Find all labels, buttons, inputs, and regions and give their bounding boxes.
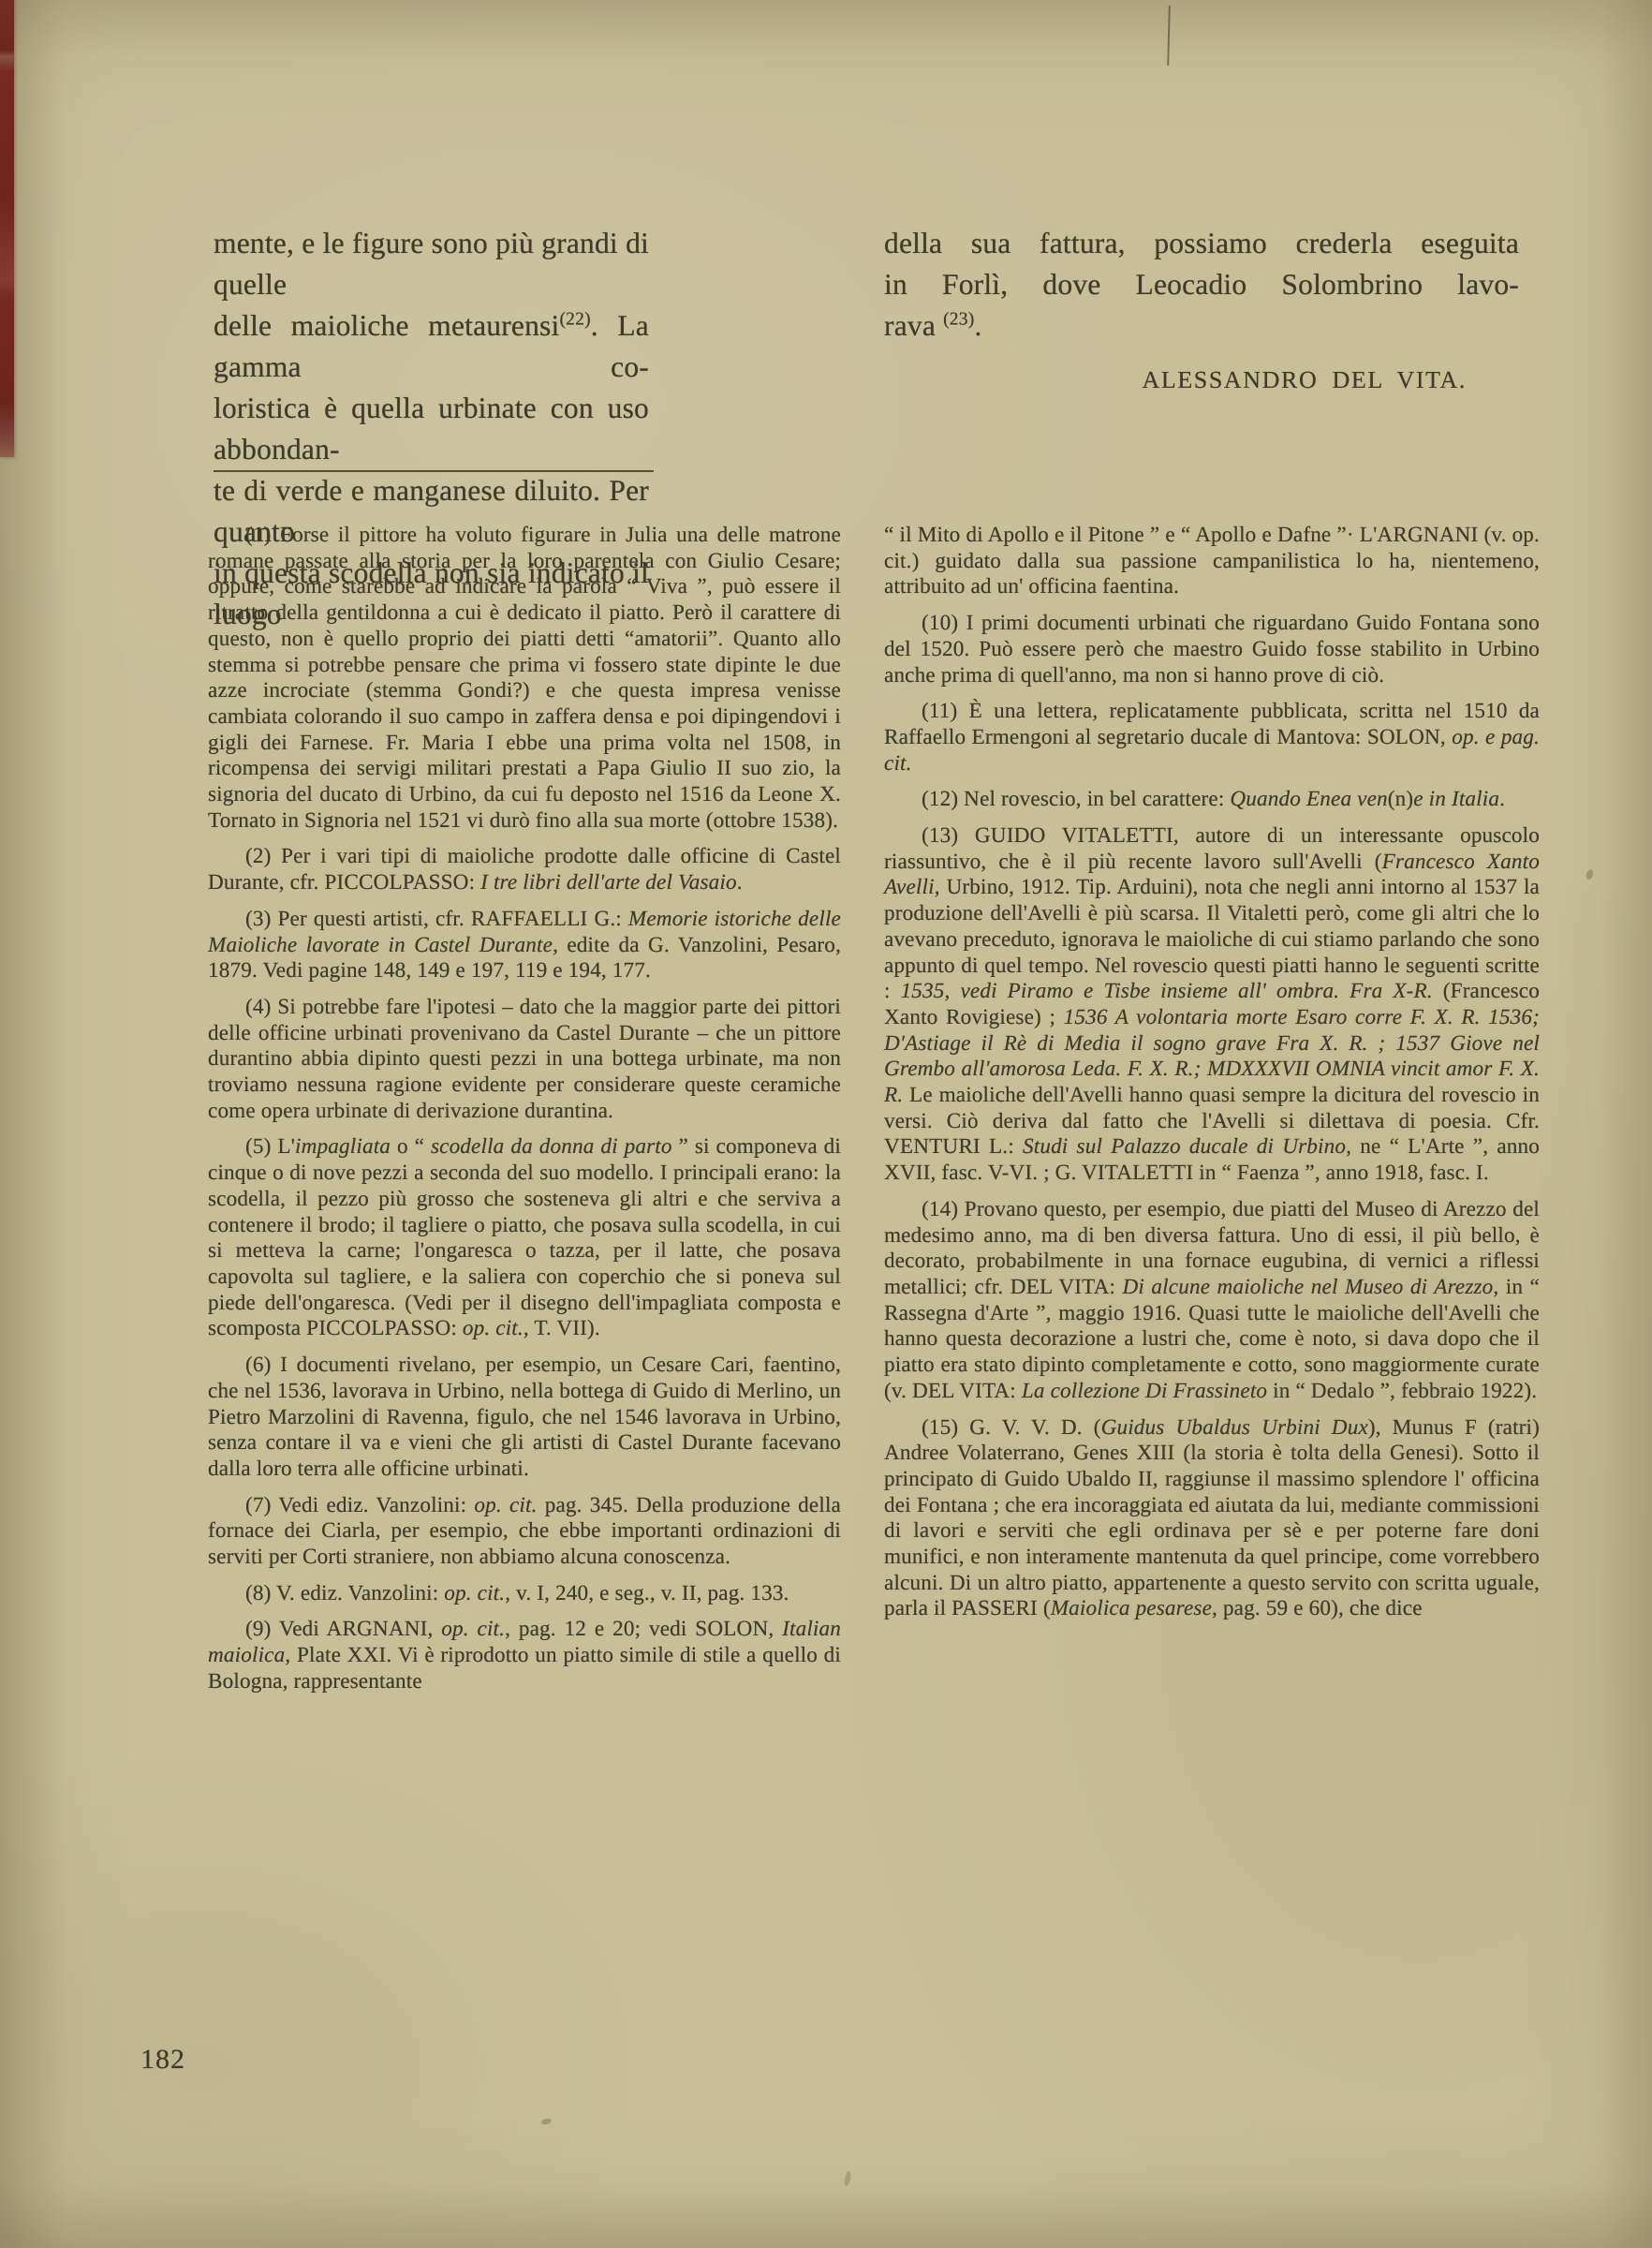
text-run: (n) bbox=[1388, 787, 1414, 811]
text-run: 1535, vedi Piramo e Tisbe insieme all' o… bbox=[901, 979, 1433, 1003]
text-line: mente, e le figure sono più grandi di qu… bbox=[214, 223, 649, 305]
text-run: Quando Enea ven bbox=[1230, 787, 1387, 811]
footnote-paragraph: (1) Forse il pittore ha voluto figurare … bbox=[208, 523, 841, 834]
text-run: I tre libri dell'arte del Vasaio bbox=[480, 870, 737, 895]
main-text-right-column: della sua fattura, possiamo crederla ese… bbox=[884, 223, 1519, 401]
main-text-right-lines: della sua fattura, possiamo crederla ese… bbox=[884, 223, 1519, 347]
scan-artifact-line bbox=[1167, 6, 1171, 66]
text-run: loristica è quella urbinate con uso abbo… bbox=[214, 392, 649, 466]
text-run: in “ Dedalo ”, febbraio 1922). bbox=[1267, 1379, 1537, 1403]
text-run: in Forlì, dove Leocadio Solombrino lavo- bbox=[884, 268, 1519, 301]
paper-speck bbox=[541, 2118, 553, 2125]
footnote-paragraph: (12) Nel rovescio, in bel carattere: Qua… bbox=[884, 787, 1540, 813]
footnote-paragraph: (4) Si potrebbe fare l'ipotesi – dato ch… bbox=[208, 995, 841, 1125]
text-run: Di alcune maioliche nel Museo di Arezzo bbox=[1123, 1275, 1494, 1299]
paper-speck bbox=[1585, 868, 1594, 880]
text-run: (8) V. ediz. Vanzolini: bbox=[245, 1581, 444, 1605]
footnote-paragraph: (14) Provano questo, per esempio, due pi… bbox=[884, 1197, 1540, 1405]
footnotes-left-column: (1) Forse il pittore ha voluto figurare … bbox=[208, 523, 841, 1706]
text-run: della sua fattura, possiamo crederla ese… bbox=[884, 227, 1519, 259]
footnote-paragraph: (11) È una lettera, replicatamente pubbl… bbox=[884, 699, 1540, 776]
text-run: (11) È una lettera, replicatamente pubbl… bbox=[884, 699, 1540, 749]
text-run: scodella da donna di parto bbox=[431, 1134, 672, 1159]
text-run: ” si componeva di cinque o di nove pezzi… bbox=[208, 1134, 841, 1340]
text-run: , v. I, 240, e seg., v. II, pag. 133. bbox=[505, 1581, 789, 1605]
text-run: o “ bbox=[391, 1134, 431, 1159]
text-run: Maiolica pesarese bbox=[1051, 1596, 1212, 1620]
footnote-paragraph: (9) Vedi ARGNANI, op. cit., pag. 12 e 20… bbox=[208, 1617, 841, 1694]
page-number: 182 bbox=[140, 2044, 185, 2076]
text-run: (4) Si potrebbe fare l'ipotesi – dato ch… bbox=[208, 995, 841, 1123]
text-line: in Forlì, dove Leocadio Solombrino lavo- bbox=[884, 264, 1519, 305]
text-run: (9) Vedi ARGNANI, bbox=[245, 1617, 441, 1641]
text-run: La collezione Di Frassineto bbox=[1022, 1379, 1267, 1403]
footnote-reference: (22) bbox=[559, 310, 590, 330]
text-run: op. cit. bbox=[444, 1581, 505, 1605]
text-line: delle maioliche metaurensi(22). La gamma… bbox=[214, 305, 649, 388]
text-run: Studi sul Palazzo ducale di Urbino bbox=[1023, 1134, 1346, 1159]
text-line: loristica è quella urbinate con uso abbo… bbox=[214, 388, 649, 470]
footnote-paragraph: (6) I documenti rivelano, per esempio, u… bbox=[208, 1353, 841, 1483]
paper-speck bbox=[843, 2171, 851, 2187]
footnote-paragraph: (15) G. V. V. D. (Guidus Ubaldus Urbini … bbox=[884, 1415, 1540, 1623]
footnote-paragraph: (7) Vedi ediz. Vanzolini: op. cit. pag. … bbox=[208, 1493, 841, 1571]
text-run: (5) L' bbox=[245, 1134, 295, 1159]
text-run: (12) Nel rovescio, in bel carattere: bbox=[922, 787, 1230, 811]
text-run: . bbox=[1499, 787, 1505, 811]
footnote-reference: (23) bbox=[943, 310, 974, 330]
text-run: (7) Vedi ediz. Vanzolini: bbox=[245, 1493, 474, 1517]
footnote-separator-rule bbox=[214, 470, 654, 472]
footnote-paragraph: (5) L'impagliata o “ scodella da donna d… bbox=[208, 1134, 841, 1342]
text-run: delle maioliche metaurensi bbox=[214, 309, 559, 342]
text-run: e in Italia bbox=[1413, 787, 1499, 811]
text-line: rava (23). bbox=[884, 305, 1519, 347]
footnotes-right-column: “ il Mito di Apollo e il Pitone ” e “ Ap… bbox=[884, 523, 1540, 1633]
author-signature: ALESSANDRO DEL VITA. bbox=[884, 360, 1519, 401]
text-run: , Plate XXI. Vi è riprodotto un piatto s… bbox=[208, 1643, 841, 1693]
footnote-paragraph: (2) Per i vari tipi di maioliche prodott… bbox=[208, 844, 841, 895]
footnote-paragraph: (10) I primi documenti urbinati che rigu… bbox=[884, 611, 1540, 688]
red-binding-edge-strip bbox=[0, 0, 14, 457]
text-run: op. cit. bbox=[441, 1617, 505, 1641]
text-run: (10) I primi documenti urbinati che rigu… bbox=[884, 611, 1540, 687]
footnote-paragraph: (3) Per questi artisti, cfr. RAFFAELLI G… bbox=[208, 907, 841, 984]
text-run: (6) I documenti rivelano, per esempio, u… bbox=[208, 1353, 841, 1481]
text-run: op. cit. bbox=[474, 1493, 537, 1517]
text-run: ), Munus F (ratri) Andree Volaterrano, G… bbox=[884, 1415, 1540, 1621]
text-run: , pag. 59 e 60), che dice bbox=[1212, 1596, 1423, 1620]
text-run: mente, e le figure sono più grandi di qu… bbox=[214, 227, 649, 301]
text-line: della sua fattura, possiamo crederla ese… bbox=[884, 223, 1519, 264]
text-run: rava bbox=[884, 309, 943, 342]
text-run: op. cit. bbox=[463, 1316, 524, 1340]
text-run: impagliata bbox=[295, 1134, 391, 1159]
text-run: , T. VII). bbox=[524, 1316, 600, 1340]
text-run: (15) G. V. V. D. ( bbox=[922, 1415, 1101, 1440]
text-run: (3) Per questi artisti, cfr. RAFFAELLI G… bbox=[245, 907, 628, 931]
footnote-paragraph: (13) GUIDO VITALETTI, autore di un inter… bbox=[884, 823, 1540, 1187]
text-run: Guidus Ubaldus Urbini Dux bbox=[1101, 1415, 1368, 1440]
footnote-paragraph: “ il Mito di Apollo e il Pitone ” e “ Ap… bbox=[884, 523, 1540, 600]
footnote-paragraph: (8) V. ediz. Vanzolini: op. cit., v. I, … bbox=[208, 1581, 841, 1607]
text-run: (1) Forse il pittore ha voluto figurare … bbox=[208, 523, 841, 833]
scanned-journal-page: mente, e le figure sono più grandi di qu… bbox=[0, 0, 1652, 2248]
text-run: , pag. 12 e 20; vedi SOLON, bbox=[505, 1617, 782, 1641]
text-run: “ il Mito di Apollo e il Pitone ” e “ Ap… bbox=[884, 523, 1540, 599]
text-run: . bbox=[974, 309, 981, 342]
text-run: . bbox=[737, 870, 743, 895]
